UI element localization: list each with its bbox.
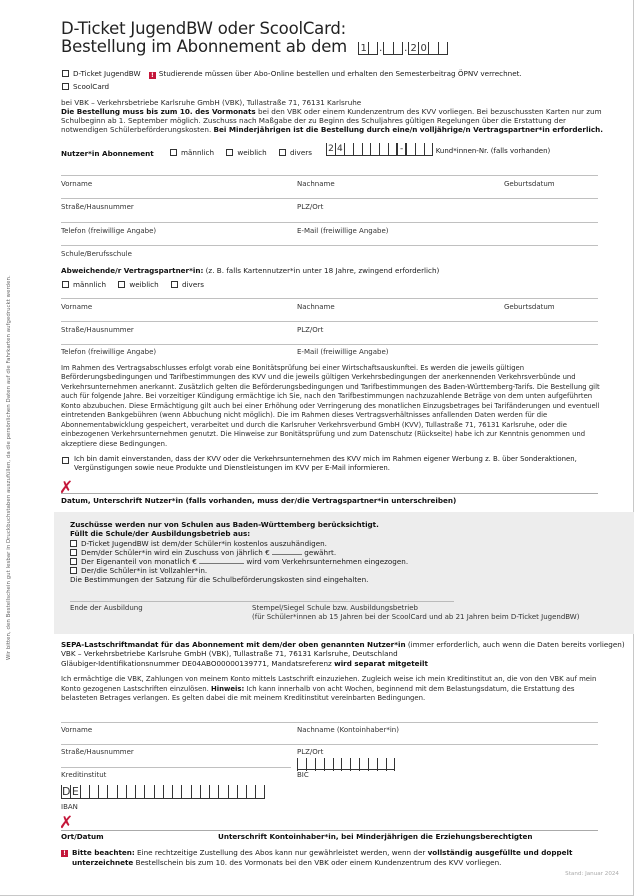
char-cell[interactable] <box>144 785 153 799</box>
char-cell[interactable] <box>107 785 116 799</box>
title-line-2: Bestellung im Abonnement ab dem 1 . . 20 <box>61 38 448 56</box>
char-cell[interactable] <box>344 143 353 156</box>
deadline-notice: Die Bestellung muss bis zum 10. des Vorm… <box>61 107 606 135</box>
char-cell[interactable] <box>377 758 386 771</box>
issuer-line: bei VBK – Verkehrsbetriebe Karlsruhe Gmb… <box>61 98 601 107</box>
statute-note: Die Bestimmungen der Satzung für die Sch… <box>70 575 408 584</box>
stamp-label: Stempel/Siegel Schule bzw. Ausbildungsbe… <box>252 604 418 613</box>
mandate-reference: wird separat mitgeteilt <box>334 659 428 668</box>
dticket-checkbox[interactable] <box>62 70 69 77</box>
own-share-label: Der Eigenanteil von monatlich € <box>81 557 197 566</box>
free-ticket-checkbox[interactable] <box>70 540 77 547</box>
partner-heading: Abweichende/r Vertragspartner*in: <box>61 266 203 275</box>
school-option-free-ticket[interactable]: D-Ticket JugendBW ist dem/der Schüler*in… <box>70 539 408 548</box>
start-year-cells[interactable]: 20 <box>408 42 448 55</box>
notice-text-1: Eine rechtzeitige Zustellung des Abos ka… <box>135 848 428 857</box>
gender-male-option[interactable]: männlich <box>170 148 214 157</box>
deadline-bold-tail: Bei Minderjährigen ist die Bestellung du… <box>214 125 603 134</box>
user-school-field[interactable]: Schule/Berufsschule <box>61 250 132 259</box>
dticket-label: D-Ticket JugendBW <box>73 69 141 78</box>
char-cell[interactable]: 4 <box>335 143 344 156</box>
bic-field[interactable] <box>297 758 395 773</box>
sepa-street-field[interactable]: Straße/Hausnummer <box>61 748 134 757</box>
sepa-heading: SEPA-Lastschriftmandat für das Abonnemen… <box>61 640 625 649</box>
sepa-heading-note: (immer erforderlich, auch wenn die Daten… <box>406 640 625 649</box>
char-cell[interactable] <box>388 143 397 156</box>
subsidy-checkbox[interactable] <box>70 549 77 556</box>
char-cell[interactable] <box>368 758 377 771</box>
notice-bold-lead: Bitte beachten: <box>72 848 135 857</box>
full-payer-checkbox[interactable] <box>70 567 77 574</box>
divider <box>61 298 598 299</box>
user-email-field[interactable]: E-Mail (freiwillige Angabe) <box>297 227 388 236</box>
char-cell[interactable] <box>383 42 393 55</box>
school-option-own-share[interactable]: Der Eigenanteil von monatlich € wird vom… <box>70 557 408 566</box>
partner-diverse-label: divers <box>182 280 204 289</box>
deadline-bold: Die Bestellung muss bis zum 10. des Vorm… <box>61 107 256 116</box>
user-birth-date-field[interactable]: Geburtsdatum <box>504 180 555 189</box>
char-cell[interactable] <box>228 785 237 799</box>
user-street-field[interactable]: Straße/Hausnummer <box>61 203 134 212</box>
male-checkbox[interactable] <box>170 149 177 156</box>
final-notice: ! Bitte beachten: Eine rechtzeitige Zust… <box>61 848 581 867</box>
account-holder-signature-label: Unterschrift Kontoinhaber*in, bei Minder… <box>218 832 532 841</box>
sepa-last-name-field[interactable]: Nachname (Kontoinhaber*in) <box>297 726 399 735</box>
user-section-heading: Nutzer*in Abonnement <box>61 149 154 158</box>
signature-line-account-holder[interactable] <box>61 830 598 831</box>
customer-number-dash: - <box>397 143 406 156</box>
signature-line-user[interactable] <box>61 493 598 494</box>
partner-note: (z. B. falls Kartennutzer*in unter 18 Ja… <box>203 266 439 275</box>
terms-text: Im Rahmen des Vertragsabschlusses erfolg… <box>61 364 603 449</box>
school-box-heading-2: Füllt die Schule/der Ausbildungsbetrieb … <box>70 529 250 538</box>
customer-number-suffix[interactable] <box>406 143 433 156</box>
partner-zip-city-field[interactable]: PLZ/Ort <box>297 326 323 335</box>
sepa-creditor-id: Gläubiger-Identifikationsnummer DE04ABO0… <box>61 659 428 668</box>
char-cell[interactable] <box>89 785 98 799</box>
gender-female-option[interactable]: weiblich <box>226 148 266 157</box>
partner-phone-field[interactable]: Telefon (freiwillige Angabe) <box>61 348 156 357</box>
divider <box>61 722 598 723</box>
partner-birth-date-field[interactable]: Geburtsdatum <box>504 303 555 312</box>
stamp-line[interactable] <box>70 601 454 602</box>
char-cell[interactable] <box>415 143 424 156</box>
partner-gender-options: männlich weiblich divers <box>62 280 204 289</box>
iban-field[interactable]: DE <box>61 785 265 799</box>
final-notice-text: Bitte beachten: Eine rechtzeitige Zustel… <box>61 848 581 867</box>
char-cell[interactable] <box>98 785 107 799</box>
divider <box>61 222 598 223</box>
scoolcard-label: ScoolCard <box>73 82 109 91</box>
char-cell[interactable] <box>126 785 135 799</box>
diverse-label: divers <box>290 148 312 157</box>
place-date-label: Ort/Datum <box>61 832 104 841</box>
partner-last-name-field[interactable]: Nachname <box>297 303 335 312</box>
bic-cells[interactable] <box>297 758 395 770</box>
char-cell[interactable] <box>154 785 163 799</box>
free-ticket-label: D-Ticket JugendBW ist dem/der Schüler*in… <box>81 539 327 548</box>
char-cell[interactable] <box>117 785 126 799</box>
diverse-checkbox[interactable] <box>279 149 286 156</box>
start-month-cells[interactable] <box>383 42 403 55</box>
char-cell[interactable] <box>370 143 379 156</box>
own-share-checkbox[interactable] <box>70 558 77 565</box>
char-cell[interactable] <box>350 758 359 771</box>
char-cell[interactable] <box>362 143 371 156</box>
divider <box>61 175 598 176</box>
char-cell[interactable] <box>324 758 333 771</box>
partner-male-checkbox[interactable] <box>62 281 69 288</box>
side-note: Wir bitten, den Bestellschein gut lesbar… <box>6 275 13 660</box>
char-cell[interactable] <box>246 785 255 799</box>
gender-diverse-option[interactable]: divers <box>279 148 312 157</box>
sepa-creditor: VBK – Verkehrsbetriebe Karlsruhe GmbH (V… <box>61 649 398 658</box>
sepa-zip-city-field[interactable]: PLZ/Ort <box>297 748 323 757</box>
creditor-id-text: Gläubiger-Identifikationsnummer DE04ABO0… <box>61 659 334 668</box>
user-heading: Nutzer*in Abonnement <box>61 149 154 158</box>
char-cell[interactable] <box>359 758 368 771</box>
partner-street-field[interactable]: Straße/Hausnummer <box>61 326 134 335</box>
char-cell[interactable] <box>438 42 448 55</box>
user-gender-options: männlich weiblich divers <box>170 148 312 157</box>
partner-gender-male-option[interactable]: männlich <box>62 280 106 289</box>
iban-label: IBAN <box>61 803 78 812</box>
char-cell[interactable] <box>163 785 172 799</box>
customer-number-prefix[interactable]: 24 <box>326 143 397 156</box>
char-cell[interactable]: 0 <box>418 42 428 55</box>
warning-icon: ! <box>61 850 68 857</box>
divider <box>61 321 598 322</box>
divider <box>61 245 598 246</box>
end-of-training-field[interactable]: Ende der Ausbildung <box>70 604 143 613</box>
user-first-name-field[interactable]: Vorname <box>61 180 92 189</box>
char-cell[interactable]: 2 <box>408 42 418 55</box>
marketing-consent[interactable]: Ich bin damit einverstanden, dass der KV… <box>62 455 582 473</box>
start-day-cells[interactable]: 1 <box>358 42 378 55</box>
subsidy-label-after: gewährt. <box>304 548 336 557</box>
version-label: Stand: Januar 2024 <box>565 871 619 878</box>
char-cell[interactable] <box>428 42 438 55</box>
male-label: männlich <box>181 148 214 157</box>
school-box-options: D-Ticket JugendBW ist dem/der Schüler*in… <box>70 539 408 584</box>
char-cell[interactable] <box>379 143 388 156</box>
user-phone-field[interactable]: Telefon (freiwillige Angabe) <box>61 227 156 236</box>
notice-text-2: Bestellschein bis zum 10. des Vormonats … <box>133 858 501 867</box>
partner-gender-female-option[interactable]: weiblich <box>118 280 158 289</box>
char-cell[interactable] <box>200 785 209 799</box>
char-cell[interactable]: E <box>70 785 79 799</box>
female-checkbox[interactable] <box>226 149 233 156</box>
student-notice: Studierende müssen über Abo-Online beste… <box>159 69 522 78</box>
order-form-page: Wir bitten, den Bestellschein gut lesbar… <box>0 0 634 896</box>
marketing-consent-label: Ich bin damit einverstanden, dass der KV… <box>62 455 582 473</box>
char-cell[interactable] <box>393 42 403 55</box>
char-cell[interactable] <box>306 758 315 771</box>
char-cell[interactable] <box>181 785 190 799</box>
char-cell[interactable] <box>341 758 350 771</box>
partner-female-label: weiblich <box>129 280 158 289</box>
char-cell[interactable] <box>191 785 200 799</box>
warning-icon: ! <box>149 72 156 79</box>
char-cell[interactable] <box>315 758 324 771</box>
full-payer-label: Der/die Schüler*in ist Vollzahler*in. <box>81 566 207 575</box>
own-share-amount-input[interactable] <box>199 563 244 564</box>
divider <box>61 767 291 768</box>
char-cell[interactable]: 2 <box>326 143 335 156</box>
iban-cells[interactable]: DE <box>61 785 265 799</box>
hint-bold: Hinweis: <box>211 685 244 693</box>
char-cell[interactable]: 1 <box>358 42 368 55</box>
bic-label: BIC <box>297 771 309 780</box>
marketing-consent-checkbox[interactable] <box>62 457 69 464</box>
sepa-authorization: Ich ermächtige die VBK, Zahlungen von me… <box>61 675 606 704</box>
page-title: D-Ticket JugendBW oder ScoolCard: Bestel… <box>61 20 448 56</box>
partner-diverse-checkbox[interactable] <box>171 281 178 288</box>
user-last-name-field[interactable]: Nachname <box>297 180 335 189</box>
char-cell[interactable] <box>353 143 362 156</box>
customer-number-label: Kund*innen-Nr. (falls vorhanden) <box>436 146 551 156</box>
char-cell[interactable] <box>172 785 181 799</box>
char-cell[interactable] <box>406 143 415 156</box>
sign-here-mark-icon: ✗ <box>59 480 73 497</box>
char-cell[interactable] <box>297 758 306 771</box>
own-share-label-after: wird vom Verkehrsunternehmen eingezogen. <box>246 557 408 566</box>
title-line-2-text: Bestellung im Abonnement ab dem <box>61 37 347 56</box>
customer-number-field[interactable]: 24 - Kund*innen-Nr. (falls vorhanden) <box>326 143 550 156</box>
sepa-first-name-field[interactable]: Vorname <box>61 726 92 735</box>
user-zip-city-field[interactable]: PLZ/Ort <box>297 203 323 212</box>
start-date-field[interactable]: 1 . . 20 <box>358 40 448 55</box>
partner-email-field[interactable]: E-Mail (freiwillige Angabe) <box>297 348 388 357</box>
school-option-full-payer[interactable]: Der/die Schüler*in ist Vollzahler*in. <box>70 566 408 575</box>
scoolcard-checkbox[interactable] <box>62 83 69 90</box>
ticket-option-scoolcard[interactable]: ScoolCard <box>62 82 109 91</box>
partner-gender-diverse-option[interactable]: divers <box>171 280 204 289</box>
ticket-option-dticket[interactable]: D-Ticket JugendBW !Studierende müssen üb… <box>62 69 522 79</box>
char-cell[interactable] <box>237 785 246 799</box>
subsidy-amount-input[interactable] <box>272 554 302 555</box>
partner-first-name-field[interactable]: Vorname <box>61 303 92 312</box>
char-cell[interactable] <box>255 785 264 799</box>
char-cell[interactable] <box>386 758 395 771</box>
char-cell[interactable] <box>80 785 89 799</box>
char-cell[interactable]: D <box>61 785 70 799</box>
sepa-heading-bold: SEPA-Lastschriftmandat für das Abonnemen… <box>61 640 406 649</box>
female-label: weiblich <box>237 148 266 157</box>
divider <box>61 744 598 745</box>
school-box-heading-1: Zuschüsse werden nur von Schulen aus Bad… <box>70 520 379 529</box>
subsidy-label: Dem/der Schüler*in wird ein Zuschuss von… <box>81 548 270 557</box>
bank-field[interactable]: Kreditinstitut <box>61 771 106 780</box>
char-cell[interactable] <box>333 758 342 771</box>
school-option-subsidy[interactable]: Dem/der Schüler*in wird ein Zuschuss von… <box>70 548 408 557</box>
signature-user-label: Datum, Unterschrift Nutzer*in (falls vor… <box>61 496 456 505</box>
divider <box>61 344 598 345</box>
title-line-1: D-Ticket JugendBW oder ScoolCard: <box>61 20 448 38</box>
char-cell[interactable] <box>218 785 227 799</box>
customer-number-separator-cell: - <box>397 143 406 156</box>
char-cell[interactable] <box>135 785 144 799</box>
char-cell[interactable] <box>424 143 433 156</box>
partner-female-checkbox[interactable] <box>118 281 125 288</box>
char-cell[interactable] <box>368 42 378 55</box>
char-cell[interactable] <box>209 785 218 799</box>
stamp-note: (für Schüler*innen ab 15 Jahren bei der … <box>252 613 579 622</box>
divider <box>61 198 598 199</box>
partner-section-heading: Abweichende/r Vertragspartner*in: (z. B.… <box>61 266 439 275</box>
partner-male-label: männlich <box>73 280 106 289</box>
